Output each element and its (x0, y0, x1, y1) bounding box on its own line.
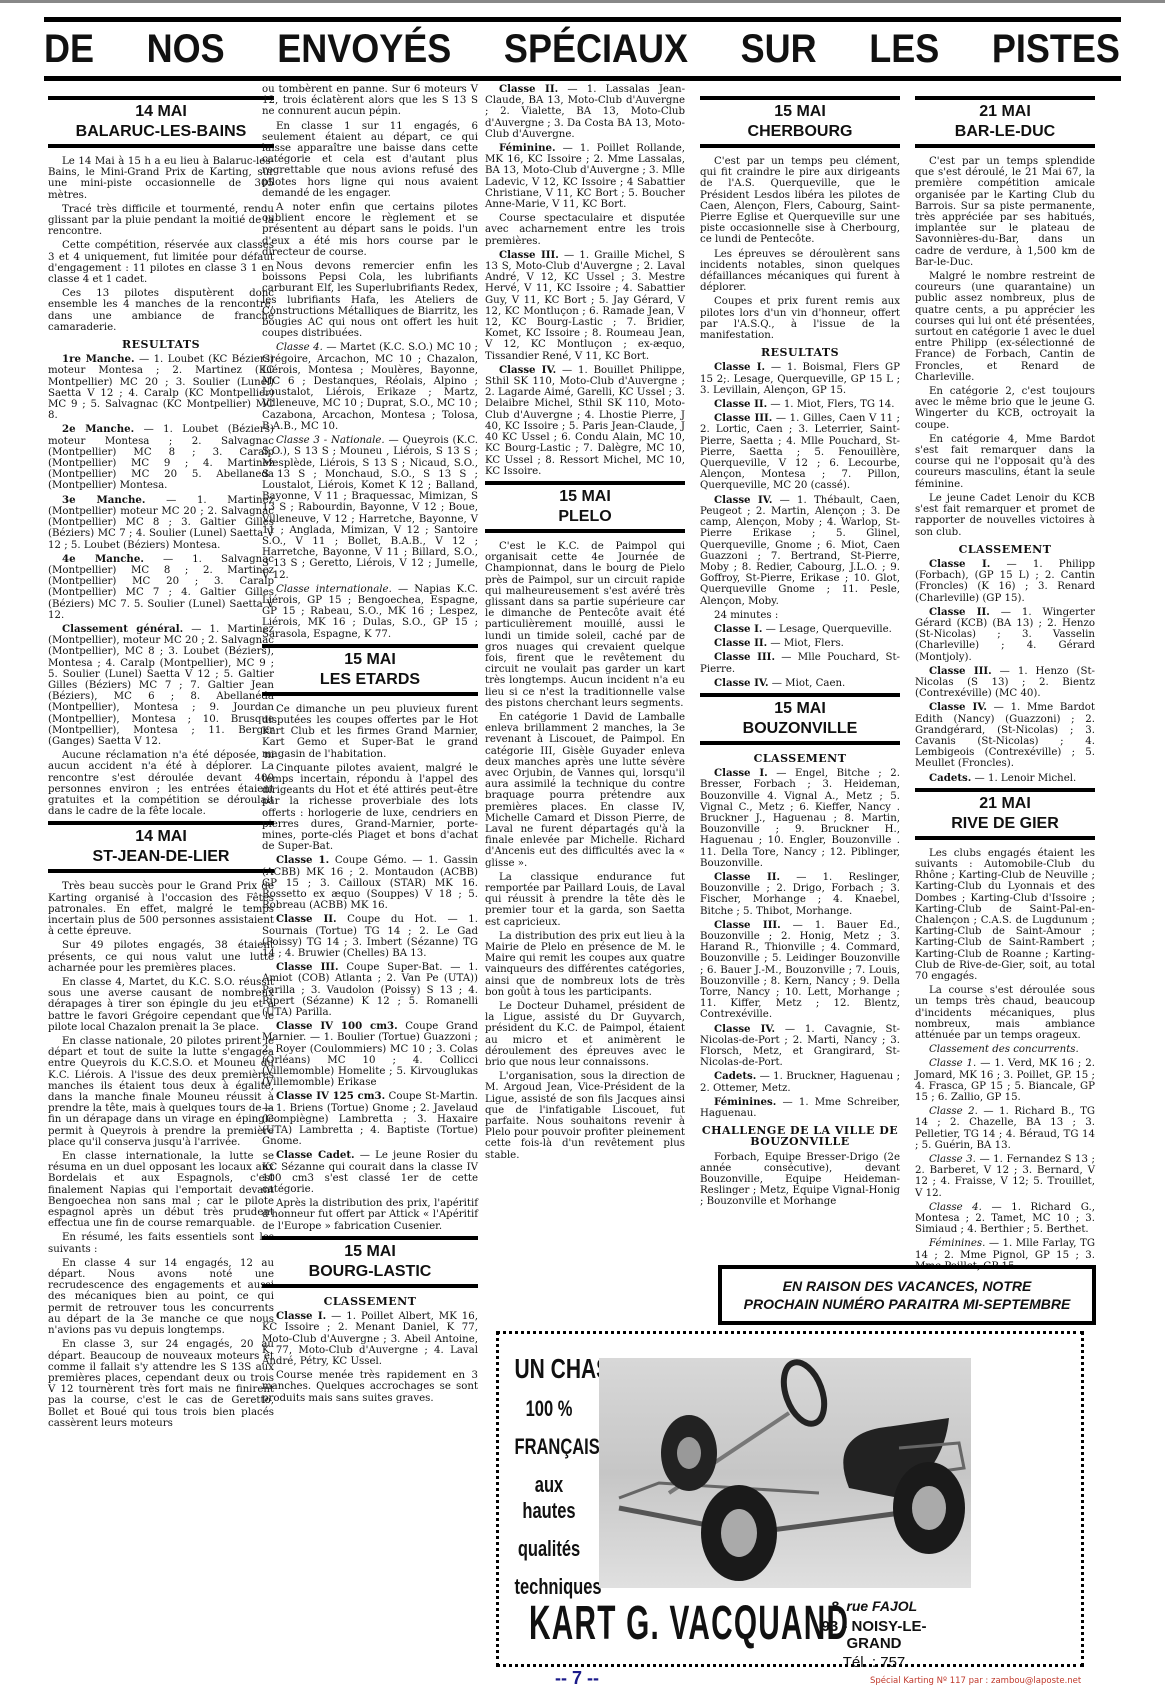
result-label: Classe II. (714, 637, 767, 649)
result-text: — Queyrois (K.C. S.O.), S 13 S ; Mouneu … (262, 435, 478, 580)
event-date: 15 MAI (700, 699, 900, 719)
article-heading: 15 MAI PLELO (485, 481, 685, 533)
slogan-line: 100 % (515, 1396, 584, 1422)
result-entry: Classe 3. — 1. Fernandez S 13 ; 2. Barbe… (915, 1154, 1095, 1199)
result-label: Classe 2. (929, 1106, 978, 1117)
paragraph: En résumé, les faits essentiels sont les… (48, 1232, 274, 1254)
result-entry: Classe III. — 1. Graille Michel, S 13 S,… (485, 250, 685, 362)
result-entry: Classe IV 125 cm3. Coupe St-Martin. — 1.… (262, 1091, 478, 1147)
result-label: Classe IV 100 cm3. (276, 1020, 398, 1032)
results-heading: CLASSEMENT (915, 544, 1095, 555)
result-text: — Lesage, Querqueville. (762, 624, 892, 635)
title-word: SPÉCIAUX (504, 27, 688, 72)
result-label: Classement général. (62, 623, 183, 635)
result-entry: 3e Manche. — 1. Martinez (Montpellier) m… (48, 495, 274, 551)
result-text: — 1. Bouillet Philippe, Sthil SK 110, Mo… (485, 365, 685, 477)
event-date: 15 MAI (262, 650, 478, 670)
column-4: 15 MAI CHERBOURG C'est par un temps peu … (700, 92, 900, 1211)
result-label: Cadets. (929, 772, 971, 784)
results-heading: CLASSEMENT (700, 753, 900, 764)
result-text: — Engel, Bitche ; 2. Bresser, Forbach ; … (700, 768, 900, 869)
notice-line-1: EN RAISON DES VACANCES, NOTRE (783, 1277, 1032, 1295)
result-entry: Classe III. Coupe Super-Bat. — 1. Amiot … (262, 962, 478, 1018)
title-word: SUR (741, 27, 817, 72)
page-title: DE NOS ENVOYÉS SPÉCIAUX SUR LES PISTES (44, 22, 1120, 76)
article-rive-de-gier: 21 MAI RIVE DE GIER Les clubs engagés ét… (915, 788, 1095, 1272)
result-label: 2e Manche. (62, 423, 134, 435)
event-place: CHERBOURG (700, 122, 900, 142)
slogan-line: FRANÇAIS (515, 1434, 584, 1460)
result-entry: Classe IV. — Miot, Caen. (700, 678, 900, 689)
result-label: Classe IV. (714, 677, 769, 689)
result-label: Classe III. (714, 919, 781, 931)
result-entry: Classe II. — 1. Wingerter Gérard (KCB) (… (915, 607, 1095, 663)
article-les-etards: 15 MAI LES ETARDS Ce dimanche un peu plu… (262, 644, 478, 1232)
paragraph: En catégorie 4, Mme Bardot s'est fait re… (915, 434, 1095, 490)
paragraph: En classe nationale, 20 pilotes prirent … (48, 1036, 274, 1148)
result-label: Classe II. (929, 606, 990, 618)
article-cherbourg: 15 MAI CHERBOURG C'est par un temps peu … (700, 96, 900, 689)
paragraph: En classe 4, Martet, du K.C. S.O. réussi… (48, 977, 274, 1033)
result-entry: Classe 2. — 1. Richard B., TG 14 ; 2. Ch… (915, 1106, 1095, 1151)
go-kart-photo (599, 1358, 971, 1588)
paragraph: ou tombèrent en panne. Sur 6 moteurs V 1… (262, 84, 478, 118)
result-label: Classe III. (499, 249, 559, 261)
paragraph: C'est par un temps splendide que s'est d… (915, 156, 1095, 268)
event-place: BAR-LE-DUC (915, 122, 1095, 142)
result-entry: Classe I. — Engel, Bitche ; 2. Bresser, … (700, 768, 900, 869)
result-entry: Classe II. Coupe du Hot. — 1. Sournais (… (262, 914, 478, 959)
paragraph: Malgré le nombre restreint de coureurs (… (915, 271, 1095, 383)
paragraph: La classique endurance fut remportée par… (485, 872, 685, 928)
result-entry: Classe 1. Coupe Gémo. — 1. Gassin (ACBB)… (262, 855, 478, 911)
paragraph: C'est le K.C. de Paimpol qui organisait … (485, 541, 685, 709)
paragraph: Ces 13 pilotes disputèrent donc ensemble… (48, 288, 274, 333)
event-date: 15 MAI (700, 102, 900, 122)
title-word: NOS (147, 27, 225, 72)
result-entry: Classe IV. — 1. Mme Bardot Edith (Nancy)… (915, 702, 1095, 769)
result-label: Classe 1. (929, 1058, 976, 1069)
results-heading: RESULTATS (700, 347, 900, 358)
column-1: 14 MAI BALARUC-LES-BAINS Le 14 Mai à 15 … (48, 92, 274, 1432)
title-word: DE (44, 27, 94, 72)
paragraph: A noter enfin que certains pilotes oubli… (262, 202, 478, 258)
article-heading: 14 MAI BALARUC-LES-BAINS (48, 96, 274, 148)
result-label: Classe III. (929, 665, 992, 677)
result-entry: Classe II. — 1. Reslinger, Bouzonville ;… (700, 872, 900, 917)
result-label: Féminines. (929, 1238, 985, 1249)
paragraph: En classe 4 sur 14 engagés, 12 au départ… (48, 1258, 274, 1336)
slogan-line: aux hautes (515, 1472, 584, 1524)
top-border (0, 0, 1165, 3)
paragraph: Les clubs engagés étaient les suivants :… (915, 848, 1095, 982)
paragraph: En classe 3, sur 24 engagés, 20 au dépar… (48, 1339, 274, 1429)
result-entry: 2e Manche. — 1. Loubet (Béziers) moteur … (48, 424, 274, 491)
paragraph: Cinquante pilotes avaient, malgré le tem… (262, 763, 478, 853)
notice-line-2: PROCHAIN NUMÉRO PARAITRA MI-SEPTEMBRE (744, 1295, 1071, 1313)
result-label: Classe IV. (929, 701, 987, 713)
masthead: DE NOS ENVOYÉS SPÉCIAUX SUR LES PISTES (44, 17, 1121, 81)
event-date: 21 MAI (915, 794, 1095, 814)
result-label: Classe I. (276, 1310, 326, 1322)
result-label: Classe 1. (276, 854, 329, 866)
result-label: Classe 3 - Nationale. (276, 435, 385, 446)
result-entry: Classe I. — 1. Poillet Albert, MK 16, KC… (262, 1311, 478, 1367)
event-place: RIVE DE GIER (915, 814, 1095, 834)
result-text: — 1. Lenoir Michel. (971, 773, 1076, 784)
paragraph: Le 14 Mai à 15 h a eu lieu à Balaruc-les… (48, 156, 274, 201)
paragraph: En catégorie 1 David de Lamballe enleva … (485, 712, 685, 869)
paragraph: En classe 1 sur 11 engagés, 6 seulement … (262, 121, 478, 199)
result-entry: Classe internationale. — Napias K.C. Lié… (262, 584, 478, 640)
result-text: Coupe Grand Marnier. — 1. Boulier (Tortu… (262, 1021, 478, 1088)
scan-credit: Spécial Karting Nº 117 par : zambou@lapo… (870, 1676, 1081, 1686)
result-label: Classe II. (714, 398, 767, 410)
result-entry: Cadets. — 1. Bruckner, Haguenau ; 2. Ott… (700, 1071, 900, 1093)
result-label: Féminine. (499, 142, 556, 154)
result-entry: Classe 1. — 1. Verd, MK 16 ; 2. Jomard, … (915, 1058, 1095, 1103)
result-label: Cadets. (714, 1070, 756, 1082)
result-entry: Classe II. — 1. Lassalas Jean-Claude, BA… (485, 84, 685, 140)
result-entry: Classe 3 - Nationale. — Queyrois (K.C. S… (262, 435, 478, 581)
article-plelo: 15 MAI PLELO C'est le K.C. de Paimpol qu… (485, 481, 685, 1161)
ad-phone: Tél. : 757 (799, 1654, 949, 1671)
ad-street: 8, rue FAJOL (799, 1598, 949, 1614)
column-3: Classe II. — 1. Lassalas Jean-Claude, BA… (485, 84, 685, 1164)
result-entry: Classe 4. — 1. Richard G., Montesa ; 2. … (915, 1202, 1095, 1236)
result-text: — Miot, Flers. (767, 638, 844, 649)
paragraph: Sur 49 pilotes engagés, 38 étaient prése… (48, 940, 274, 974)
paragraph: Après la distribution des prix, l'apérit… (262, 1198, 478, 1232)
event-date: 21 MAI (915, 102, 1095, 122)
result-entry: Classe IV. — 1. Cavagnie, St-Nicolas-de-… (700, 1024, 900, 1069)
article-heading: 15 MAI BOURG-LASTIC (262, 1236, 478, 1288)
result-label: Classe 4. (276, 342, 323, 353)
result-entry: Classe II. — Miot, Flers. (700, 638, 900, 649)
paragraph: Le Docteur Duhamel, président de la Ligu… (485, 1001, 685, 1068)
paragraph: Nous devons remercier enfin les boissons… (262, 261, 478, 339)
result-entry: 1re Manche. — 1. Loubet (KC Béziers) mot… (48, 354, 274, 421)
result-label: Classe IV. (714, 1023, 775, 1035)
article-heading: 14 MAI ST-JEAN-DE-LIER (48, 821, 274, 873)
paragraph: En catégorie 2, c'est toujours avec le m… (915, 386, 1095, 431)
paragraph: Tracé très difficile et tourmenté, rendu… (48, 204, 274, 238)
result-entry: 4e Manche. — 1. Salvagnac (Montpellier) … (48, 554, 274, 621)
article-bar-le-duc: 21 MAI BAR-LE-DUC C'est par un temps spl… (915, 96, 1095, 784)
article-heading: 15 MAI BOUZONVILLE (700, 693, 900, 745)
masthead-rule-bottom (44, 76, 1121, 81)
result-label: Classe II. (499, 83, 558, 95)
result-text: — 1. Miot, Flers, TG 14. (767, 399, 894, 410)
result-label: Classe I. (714, 623, 762, 635)
article-balaruc: 14 MAI BALARUC-LES-BAINS Le 14 Mai à 15 … (48, 96, 274, 817)
paragraph: Cette compétition, réservée aux classes … (48, 240, 274, 285)
event-place: PLELO (485, 507, 685, 527)
article-heading: 21 MAI RIVE DE GIER (915, 788, 1095, 840)
result-label: Classe Cadet. (276, 1149, 355, 1161)
result-entry: Classe IV. — 1. Thébault, Caen, Peugeot … (700, 495, 900, 607)
slogan-line: UN CHASSIS (515, 1354, 584, 1384)
result-text: — 1. Thébault, Caen, Peugeot ; 2. Martin… (700, 495, 900, 607)
paragraph: Aucune réclamation n'a été déposée, ni a… (48, 750, 274, 817)
paragraph: Course menée très rapidement en 3 manche… (262, 1370, 478, 1404)
paragraph: La distribution des prix eut lieu à la M… (485, 931, 685, 998)
paragraph: Course spectaculaire et disputée avec ac… (485, 213, 685, 247)
paragraph: La course s'est déroulée sous un temps t… (915, 985, 1095, 1041)
event-date: 14 MAI (48, 102, 274, 122)
event-place: BOURG-LASTIC (262, 1262, 478, 1282)
paragraph: Le jeune Cadet Lenoir du KCB s'est fait … (915, 493, 1095, 538)
result-text: — 1. Loubet (KC Béziers) moteur Montesa … (48, 354, 274, 421)
results-heading: Classement des concurrents. (929, 1044, 1079, 1055)
result-text: — 1. Gilles, Caen V 11 ; 2. Lortic, Caen… (700, 413, 900, 491)
article-bouzonville: 15 MAI BOUZONVILLE CLASSEMENT Classe I. … (700, 693, 900, 1208)
result-label: Classe I. (714, 767, 768, 779)
paragraph: Forbach, Equipe Bresser-Drigo (2e année … (700, 1152, 900, 1208)
result-label: 1re Manche. (62, 353, 135, 365)
event-date: 14 MAI (48, 827, 274, 847)
result-entry: Classe Cadet. — Le jeune Rosier du KC Sé… (262, 1150, 478, 1195)
result-label: Féminines. (714, 1096, 776, 1108)
paragraph: En classe internationale, la lutte se ré… (48, 1151, 274, 1229)
slogan-line: qualités (515, 1536, 584, 1562)
event-date: 15 MAI (485, 487, 685, 507)
article-bourg-lastic: 15 MAI BOURG-LASTIC CLASSEMENT Classe I.… (262, 1236, 478, 1404)
challenge-heading: CHALLENGE DE LA VILLE DE BOUZONVILLE (700, 1125, 900, 1147)
result-label: Classe I. (929, 558, 990, 570)
result-entry: Classe IV 100 cm3. Coupe Grand Marnier. … (262, 1021, 478, 1088)
result-entry: Classement général. — 1. Martinez (Montp… (48, 624, 274, 747)
paragraph: 24 minutes : (700, 610, 900, 621)
paragraph: Les épreuves se déroulèrent sans inciden… (700, 249, 900, 294)
result-entry: Féminine. — 1. Poillet Rollande, MK 16, … (485, 143, 685, 210)
result-label: Classe IV. (499, 364, 556, 376)
ad-city: 93 - NOISY-LE-GRAND (799, 1618, 949, 1652)
article-heading: 15 MAI LES ETARDS (262, 644, 478, 696)
result-label: Classe IV. (714, 494, 772, 506)
result-label: Classe III. (714, 412, 772, 424)
result-label: Classe II. (714, 871, 780, 883)
vacation-notice: EN RAISON DES VACANCES, NOTRE PROCHAIN N… (718, 1265, 1096, 1325)
result-text: — 1. Martinez (Montpellier), moteur MC 2… (48, 624, 274, 747)
article-heading: 21 MAI BAR-LE-DUC (915, 96, 1095, 148)
result-entry: Classe III. — 1. Bauer Ed., Bouzonville … (700, 920, 900, 1021)
paragraph: Ce dimanche un peu pluvieux furent dispu… (262, 704, 478, 760)
result-entry: Classe I. — 1. Boismal, Flers GP 15 2;. … (700, 362, 900, 396)
event-place: LES ETARDS (262, 670, 478, 690)
page-number: -- 7 -- (555, 1668, 599, 1689)
event-date: 15 MAI (262, 1242, 478, 1262)
results-heading: RESULTATS (48, 339, 274, 350)
result-entry: Classe II. — 1. Miot, Flers, TG 14. (700, 399, 900, 410)
title-word: LES (869, 27, 939, 72)
advertisement-kart-vacquand: UN CHASSIS 100 % FRANÇAIS aux hautes qua… (496, 1331, 1084, 1667)
paragraph: L'organisation, sous la direction de M. … (485, 1071, 685, 1161)
article-st-jean-de-lier: 14 MAI ST-JEAN-DE-LIER Très beau succès … (48, 821, 274, 1429)
result-entry: Classe III. — Mlle Pouchard, St-Pierre. (700, 652, 900, 674)
result-entry: Classe III. — 1. Gilles, Caen V 11 ; 2. … (700, 413, 900, 491)
result-label: Classe III. (276, 961, 339, 973)
result-label: 3e Manche. (62, 494, 145, 506)
result-label: Classe I. (714, 361, 765, 373)
column-2: ou tombèrent en panne. Sur 6 moteurs V 1… (262, 84, 478, 1407)
go-kart-icon (599, 1358, 971, 1588)
result-label: Classe 4. (929, 1202, 982, 1213)
ad-address: 8, rue FAJOL 93 - NOISY-LE-GRAND Tél. : … (799, 1598, 949, 1671)
ad-slogan: UN CHASSIS 100 % FRANÇAIS aux hautes qua… (515, 1354, 584, 1612)
result-label: 4e Manche. (62, 553, 144, 565)
result-label: Classe IV 125 cm3. (276, 1090, 385, 1102)
result-entry: Classe IV. — 1. Bouillet Philippe, Sthil… (485, 365, 685, 477)
result-entry: Classe I. — 1. Philipp (Forbach), (GP 15… (915, 559, 1095, 604)
title-word: ENVOYÉS (277, 27, 451, 72)
event-place: BOUZONVILLE (700, 719, 900, 739)
paragraph: C'est par un temps peu clément, qui fit … (700, 156, 900, 246)
result-text: — Martet (K.C. S.O.) MC 10 ; Grégoire, A… (262, 342, 478, 431)
article-heading: 15 MAI CHERBOURG (700, 96, 900, 148)
result-entry: Classe 4. — Martet (K.C. S.O.) MC 10 ; G… (262, 342, 478, 432)
event-place: BALARUC-LES-BAINS (48, 122, 274, 142)
result-text: — 1. Graille Michel, S 13 S, Moto-Club d… (485, 250, 685, 362)
result-entry: Féminines. — 1. Mme Schreiber, Haguenau. (700, 1097, 900, 1119)
title-word: PISTES (992, 27, 1120, 72)
paragraph: Coupes et prix furent remis aux pilotes … (700, 296, 900, 341)
results-heading: CLASSEMENT (262, 1296, 478, 1307)
paragraph: Très beau succès pour le Grand Prix de K… (48, 881, 274, 937)
result-entry: Classe I. — Lesage, Querqueville. (700, 624, 900, 635)
result-text: — 1. Bauer Ed., Bouzonville ; 2. Honig, … (700, 920, 900, 1021)
event-place: ST-JEAN-DE-LIER (48, 847, 274, 867)
result-entry: Classe III. — 1. Henzo (St-Nicolas (S 13… (915, 666, 1095, 700)
result-text: — Miot, Caen. (769, 678, 846, 689)
result-label: Classe II. (276, 913, 337, 925)
result-entry: Cadets. — 1. Lenoir Michel. (915, 773, 1095, 784)
result-label: Classe III. (714, 651, 775, 663)
column-5: 21 MAI BAR-LE-DUC C'est par un temps spl… (915, 92, 1095, 1275)
result-label: Classe internationale. (276, 584, 392, 595)
result-label: Classe 3. (929, 1154, 976, 1165)
